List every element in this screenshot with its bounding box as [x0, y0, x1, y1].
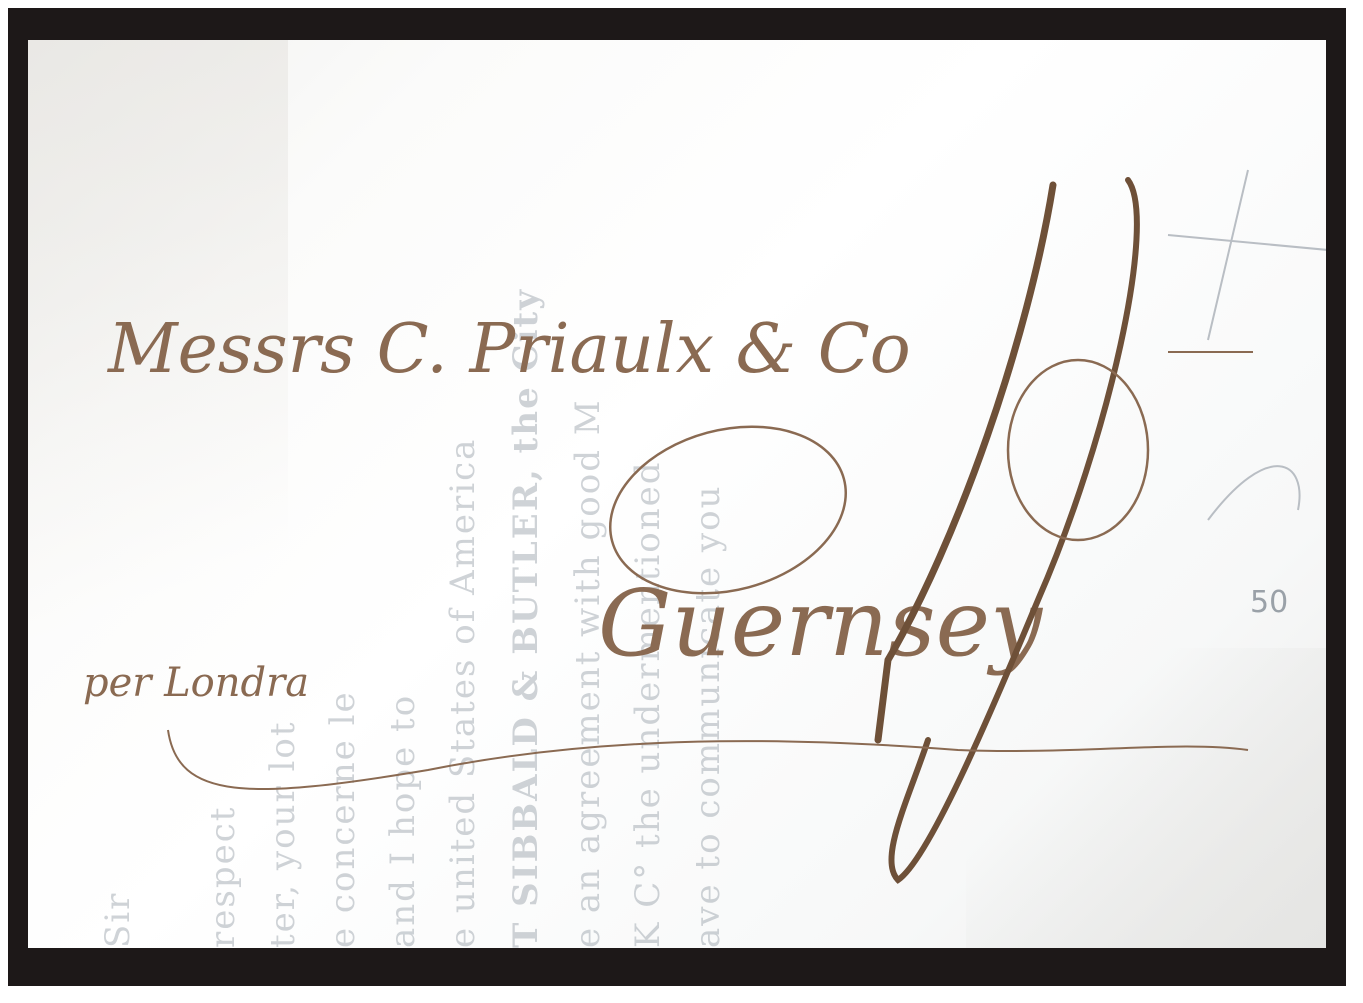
- ink-flourishes: [28, 40, 1326, 948]
- folded-letter: Sir respect ter, your lot e concerne le …: [28, 40, 1326, 948]
